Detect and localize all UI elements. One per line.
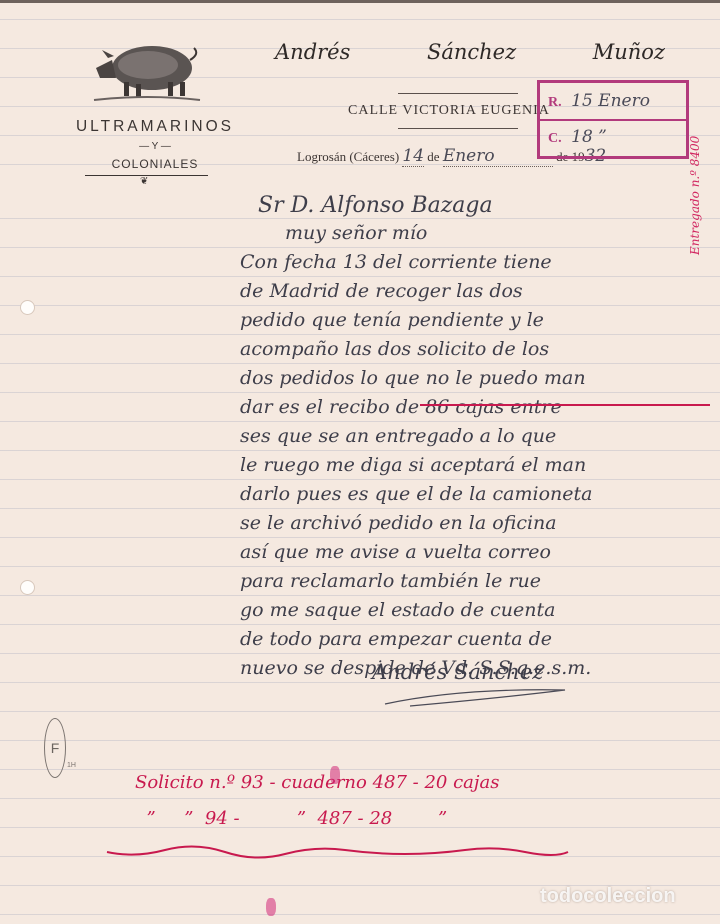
pencil-small-mark: 1H	[67, 762, 76, 769]
punch-hole	[20, 300, 35, 315]
trade-line-y: — Y —	[50, 141, 260, 152]
pencil-circled-mark: F	[44, 718, 66, 778]
business-name-first: Andrés	[275, 40, 350, 64]
business-name: Andrés Sánchez Muñoz	[275, 40, 665, 64]
signature-flourish-icon	[380, 684, 570, 708]
red-underline	[420, 404, 710, 406]
ornament-icon: ❦	[140, 176, 148, 187]
punch-hole	[20, 580, 35, 595]
body-line: acompaño las dos solicito de los	[240, 335, 710, 364]
received-stamp: R. 15 Enero C. 18 ”	[537, 80, 689, 159]
body-line: se le archivó pedido en la oficina	[240, 509, 710, 538]
divider	[398, 93, 518, 94]
trade-line-coloniales: COLONIALES	[50, 157, 260, 171]
place: Logrosán (Cáceres)	[297, 149, 399, 164]
body-line: así que me avise a vuelta correo	[240, 538, 710, 567]
margin-note: Entregado n.º 8400	[688, 136, 702, 255]
divider	[398, 128, 518, 129]
stamp-r-label: R.	[548, 95, 562, 110]
trade-line-ultramarinos: ULTRAMARINOS	[50, 118, 260, 136]
signature: Andrés Sánchez	[372, 660, 543, 684]
ink-blot	[266, 898, 276, 916]
stamp-divider	[540, 119, 686, 121]
body-line: le ruego me diga si aceptará el man	[240, 451, 710, 480]
body-line: pedido que tenía pendiente y le	[240, 306, 710, 335]
red-note-line-1: Solicito n.º 93 - cuaderno 487 - 20 caja…	[135, 772, 499, 793]
body-line: de Madrid de recoger las dos	[240, 277, 710, 306]
stamp-c-value: 18 ”	[571, 127, 607, 147]
body-line: para reclamarlo también le rue	[240, 567, 710, 596]
body-line: dos pedidos lo que no le puedo man	[240, 364, 710, 393]
stamp-c-label: C.	[548, 131, 562, 146]
watermark: todocoleccion	[540, 885, 676, 908]
business-name-surname-1: Sánchez	[427, 40, 516, 64]
stamp-r-value: 15 Enero	[571, 91, 650, 111]
date-day: 14	[402, 146, 424, 167]
red-wavy-underline	[105, 842, 570, 862]
body-line: darlo pues es que el de la camioneta	[240, 480, 710, 509]
business-name-surname-2: Muñoz	[593, 40, 665, 64]
ink-blot	[330, 766, 340, 784]
salutation: Sr D. Alfonso Bazaga	[258, 193, 493, 218]
body-line: go me saque el estado de cuenta	[240, 596, 710, 625]
body-line: dar es el recibo de 86 cajas entre	[240, 393, 710, 422]
street-address: CALLE VICTORIA EUGENIA	[348, 103, 550, 119]
pig-engraving-icon	[88, 38, 206, 106]
red-note-line-2: ” ” 94 - ” 487 - 28 ”	[135, 808, 447, 829]
top-edge	[0, 0, 720, 3]
letter-body: muy señor mío Con fecha 13 del corriente…	[240, 219, 710, 683]
de-label: de	[427, 149, 439, 164]
body-line: Con fecha 13 del corriente tiene	[240, 248, 710, 277]
body-line: de todo para empezar cuenta de	[240, 625, 710, 654]
body-line: ses que se an entregado a lo que	[240, 422, 710, 451]
greeting: muy señor mío	[240, 219, 710, 248]
